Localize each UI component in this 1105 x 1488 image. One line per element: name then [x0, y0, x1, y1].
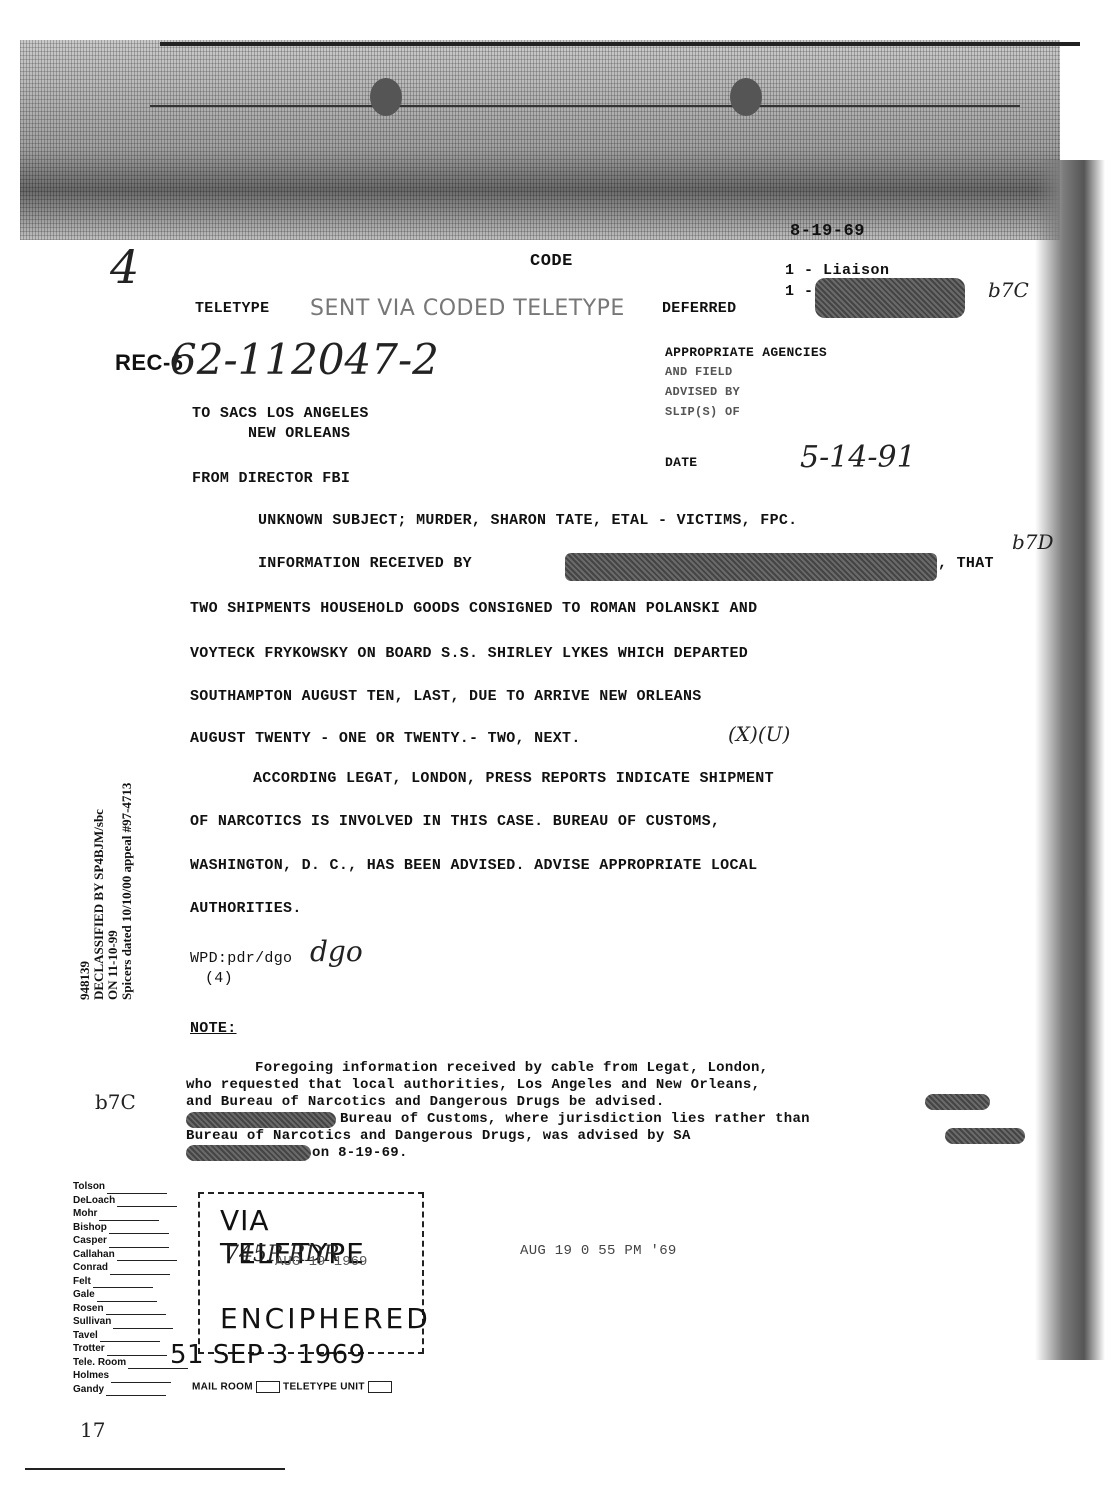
- agencies-line: AND FIELD: [665, 365, 733, 379]
- header-noise-band: [20, 40, 1060, 240]
- from-line: FROM DIRECTOR FBI: [192, 470, 350, 487]
- scan-shadow: [1035, 160, 1105, 1360]
- note-line: who requested that local authorities, Lo…: [186, 1077, 760, 1093]
- body-line: OF NARCOTICS IS INVOLVED IN THIS CASE. B…: [190, 813, 720, 830]
- declassification-stamp: 948139 DECLASSIFIED BY SP4BJM/sbc ON 11-…: [78, 783, 134, 1000]
- memo-date: 8-19-69: [790, 222, 865, 241]
- body-line: AUTHORITIES.: [190, 900, 302, 917]
- body-line: TWO SHIPMENTS HOUSEHOLD GOODS CONSIGNED …: [190, 600, 757, 617]
- exemption-mark: b7C: [988, 278, 1029, 302]
- redaction: [815, 278, 965, 318]
- initials-hand: dgo: [310, 935, 363, 968]
- note-heading: NOTE:: [190, 1020, 237, 1037]
- date-label: DATE: [665, 455, 697, 470]
- note-line: and Bureau of Narcotics and Dangerous Dr…: [186, 1094, 665, 1110]
- punch-hole: [730, 78, 762, 116]
- file-number: 62-112047-2: [170, 335, 439, 384]
- to-line: TO SACS LOS ANGELES: [192, 405, 369, 422]
- note-line: on 8-19-69.: [312, 1145, 408, 1161]
- redaction: [565, 553, 937, 581]
- teletype-label: TELETYPE: [195, 300, 269, 317]
- agencies-line: ADVISED BY: [665, 385, 740, 399]
- body-line: VOYTECK FRYKOWSKY ON BOARD S.S. SHIRLEY …: [190, 645, 748, 662]
- body-line: ACCORDING LEGAT, LONDON, PRESS REPORTS I…: [253, 770, 774, 787]
- top-edge-line: [160, 42, 1080, 46]
- deferred-label: DEFERRED: [662, 300, 736, 317]
- body-line: AUGUST TWENTY - ONE OR TWENTY.- TWO, NEX…: [190, 730, 581, 747]
- distribution-liaison: 1 - Liaison: [785, 262, 890, 279]
- para1-that: , THAT: [938, 555, 994, 572]
- routing-exemption-mark: b7C: [95, 1090, 136, 1114]
- redaction: [925, 1094, 990, 1110]
- note-line: Foregoing information received by cable …: [255, 1060, 768, 1076]
- code-label: CODE: [530, 252, 573, 271]
- sep-stamp: 51 SEP 3 1969: [170, 1340, 366, 1370]
- body-line: SOUTHAMPTON AUGUST TEN, LAST, DUE TO ARR…: [190, 688, 702, 705]
- redaction: [945, 1128, 1025, 1144]
- distribution-2: 1 -: [785, 283, 814, 300]
- initials-line: WPD:pdr/dgo: [190, 950, 292, 967]
- exemption-mark-body: b7D: [1012, 530, 1054, 554]
- body-line: WASHINGTON, D. C., HAS BEEN ADVISED. ADV…: [190, 857, 757, 874]
- page-mark: 17: [80, 1418, 105, 1442]
- classification-initials: (X)(U): [728, 722, 790, 746]
- to-line-2: NEW ORLEANS: [248, 425, 350, 442]
- para1-start: INFORMATION RECEIVED BY: [258, 555, 472, 572]
- margin-mark: 4: [110, 240, 139, 294]
- note-line: Bureau of Narcotics and Dangerous Drugs,…: [186, 1128, 691, 1144]
- bottom-rule: [25, 1468, 285, 1470]
- note-line: Bureau of Customs, where jurisdiction li…: [340, 1111, 810, 1127]
- received-stamp: AUG 19 0 55 PM '69: [520, 1243, 677, 1259]
- redaction: [186, 1112, 336, 1128]
- date-handwritten: 5-14-91: [800, 440, 916, 475]
- punch-hole: [370, 78, 402, 116]
- mail-room-label: MAIL ROOM TELETYPE UNIT: [192, 1381, 392, 1393]
- redaction: [186, 1145, 311, 1161]
- via-teletype-stamp: VIA TELETYPE 745P RDR AUG 19 1969 ENCIPH…: [198, 1192, 424, 1354]
- header-rule: [150, 105, 1020, 107]
- sent-via-stamp: SENT VIA CODED TELETYPE: [310, 296, 625, 321]
- subject-line: UNKNOWN SUBJECT; MURDER, SHARON TATE, ET…: [258, 512, 797, 529]
- appropriate-agencies-label: APPROPRIATE AGENCIES: [665, 345, 827, 360]
- copies-count: (4): [205, 970, 233, 987]
- agencies-line: SLIP(S) OF: [665, 405, 740, 419]
